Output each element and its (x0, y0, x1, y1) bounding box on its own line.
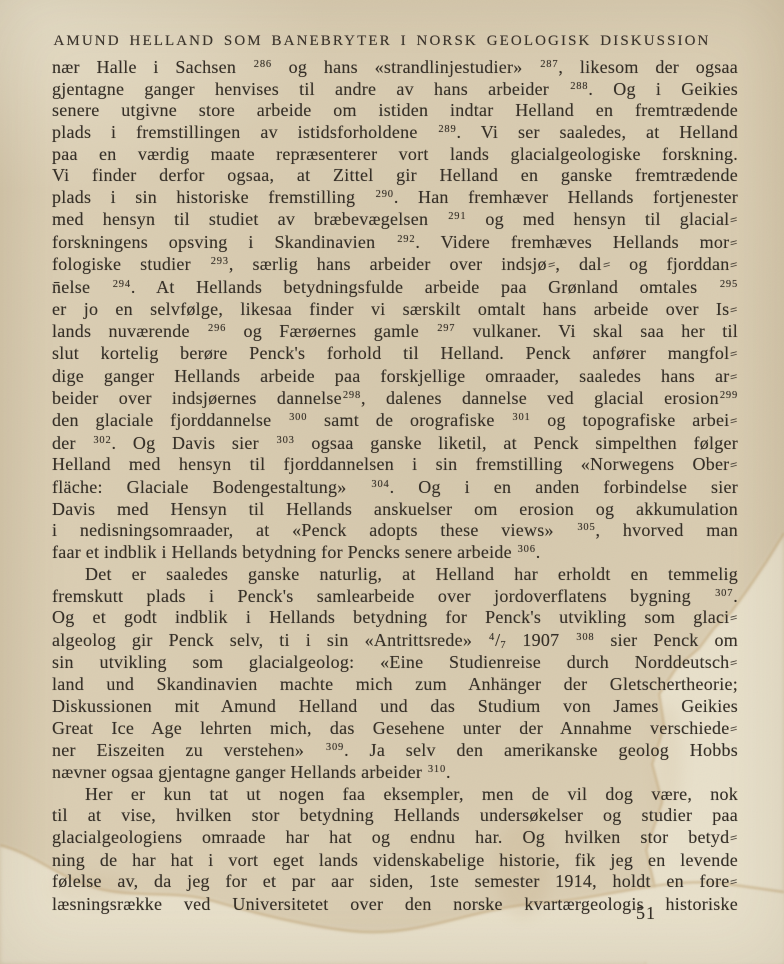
text-line: land und Skandinavien machte mich zum An… (52, 674, 738, 696)
text-line: ning de har hat i vort eget lands videns… (52, 850, 738, 872)
text-line: Her er kun tat ut nogen faa eksempler, m… (52, 784, 738, 806)
text-line: plads i fremstillingen av istidsforholde… (52, 122, 738, 144)
text-block: nær Halle i Sachsen 286 og hans «strandl… (52, 57, 738, 916)
text-line: glacialgeologiens omraade har hat og end… (52, 827, 738, 850)
text-line: med hensyn til studiet av bræbevægelsen … (52, 209, 738, 232)
text-line: følelse av, da jeg for et par aar siden,… (52, 871, 738, 894)
text-line: ner Eiszeiten zu verstehen» 309. Ja selv… (52, 740, 738, 762)
page-number: 51 (636, 903, 656, 924)
text-line: lands nuværende 296 og Færøernes gamle 2… (52, 321, 738, 343)
text-line: Det er saaledes ganske naturlig, at Hell… (52, 564, 738, 586)
text-line: Helland med hensyn til fjorddannelsen i … (52, 454, 738, 477)
text-line: faar et indblik i Hellands betydning for… (52, 542, 738, 564)
text-line: Diskussionen mit Amund Helland und das S… (52, 696, 738, 718)
text-line: i nedisningsomraader, at «Penck adopts t… (52, 520, 738, 542)
text-line: senere utgivne store arbeide om istiden … (52, 100, 738, 122)
text-line: algeolog gir Penck selv, ti i sin «Antri… (52, 630, 738, 652)
text-line: sin utvikling som glacialgeolog: «Eine S… (52, 652, 738, 675)
text-line: n̄else 294. At Hellands betydningsfulde … (52, 277, 738, 299)
text-line: paa en værdig maate repræsenterer vort l… (52, 144, 738, 166)
text-line: nævner ogsaa gjentagne ganger Hellands a… (52, 762, 738, 784)
text-line: fologiske studier 293, særlig hans arbei… (52, 254, 738, 277)
text-line: Og et godt indblik i Hellands betydning … (52, 607, 738, 630)
text-line: gjentagne ganger henvises til andre av h… (52, 79, 738, 101)
text-line: den glaciale fjorddannelse 300 samt de o… (52, 410, 738, 433)
text-line: er jo en selvfølge, likesaa finder vi sæ… (52, 299, 738, 322)
text-line: beider over indsjøernes dannelse298, dal… (52, 388, 738, 410)
text-line: forskningens opsving i Skandinavien 292.… (52, 232, 738, 255)
text-line: til at vise, hvilken stor betydning Hell… (52, 805, 738, 827)
text-line: der 302. Og Davis sier 303 ogsaa ganske … (52, 433, 738, 455)
text-line: plads i sin historiske fremstilling 290.… (52, 187, 738, 209)
text-line: nær Halle i Sachsen 286 og hans «strandl… (52, 57, 738, 79)
text-line: slut kortelig berøre Penck's forhold til… (52, 343, 738, 366)
text-line: Vi finder derfor ogsaa, at Zittel gir He… (52, 165, 738, 187)
text-line: fläche: Glaciale Bodengestaltung» 304. O… (52, 477, 738, 499)
text-line: dige ganger Hellands arbeide paa forskje… (52, 366, 738, 389)
running-header: AMUND HELLAND SOM BANEBRYTER I NORSK GEO… (52, 33, 712, 50)
text-line: fremskutt plads i Penck's samlearbeide o… (52, 586, 738, 608)
scanned-book-page: AMUND HELLAND SOM BANEBRYTER I NORSK GEO… (0, 0, 784, 964)
text-line: Davis med Hensyn til Hellands anskuelser… (52, 499, 738, 521)
text-line: Great Ice Age lehrten mich, das Gesehene… (52, 718, 738, 741)
